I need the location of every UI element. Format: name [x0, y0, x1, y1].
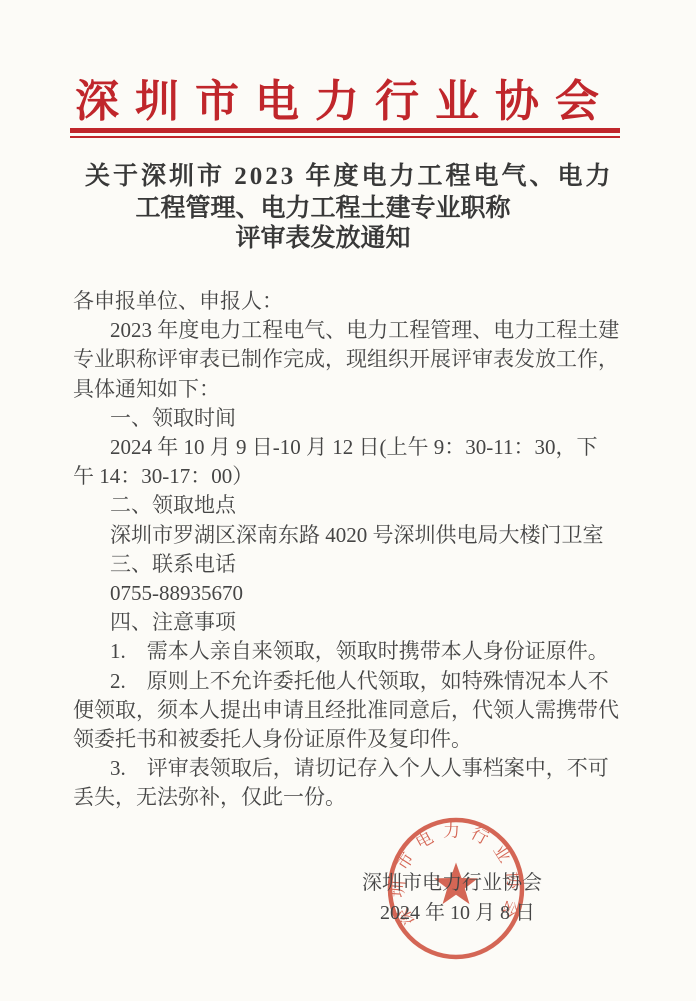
- body-line: 2023 年度电力工程电气、电力工程管理、电力工程土建: [73, 316, 633, 345]
- notice-body: 各申报单位、申报人： 2023 年度电力工程电气、电力工程管理、电力工程土建 专…: [73, 287, 633, 813]
- body-line: 2024 年 10 月 9 日-10 月 12 日(上午 9：30-11：30，…: [73, 433, 633, 462]
- notice-title-line-3: 评审表发放通知: [235, 223, 410, 254]
- body-line: 丢失，无法弥补，仅此一份。: [73, 783, 633, 812]
- body-line-address: 深圳市罗湖区深南东路 4020 号深圳供电局大楼门卫室: [73, 521, 633, 550]
- body-line-note-1: 1. 需本人亲自来领取，领取时携带本人身份证原件。: [73, 637, 633, 666]
- letterhead-org-name: 深圳市电力行业协会: [75, 80, 615, 124]
- body-line-note-2: 2. 原则上不允许委托他人代领取，如特殊情况本人不: [73, 667, 633, 696]
- document-page: 深圳市电力行业协会 关于深圳市 2023 年度电力工程电气、电力 工程管理、电力…: [0, 0, 696, 1001]
- body-line-section-2: 二、领取地点: [73, 491, 633, 520]
- body-line: 便领取，须本人提出申请且经批准同意后，代领人需携带代: [73, 696, 633, 725]
- body-line: 专业职称评审表已制作完成，现组织开展评审表发放工作，: [73, 345, 633, 374]
- body-line: 午 14：30-17：00）: [73, 462, 633, 491]
- body-line-section-1: 一、领取时间: [73, 404, 633, 433]
- notice-title-line-2: 工程管理、电力工程土建专业职称: [135, 193, 510, 224]
- body-line-section-4: 四、注意事项: [73, 608, 633, 637]
- body-line: 领委托书和被委托人身份证原件及复印件。: [73, 725, 633, 754]
- letterhead-divider-rule: [70, 128, 620, 138]
- notice-title-line-1: 关于深圳市 2023 年度电力工程电气、电力: [85, 161, 614, 192]
- body-line-salutation: 各申报单位、申报人：: [73, 287, 633, 316]
- signature-date: 2024 年 10 月 8 日: [380, 899, 535, 927]
- body-line-note-3: 3. 评审表领取后，请切记存入个人人事档案中，不可: [73, 754, 633, 783]
- body-line-phone: 0755-88935670: [73, 579, 633, 608]
- body-line: 具体通知如下：: [73, 375, 633, 404]
- body-line-section-3: 三、联系电话: [73, 550, 633, 579]
- signature-org-name: 深圳市电力行业协会: [362, 869, 542, 897]
